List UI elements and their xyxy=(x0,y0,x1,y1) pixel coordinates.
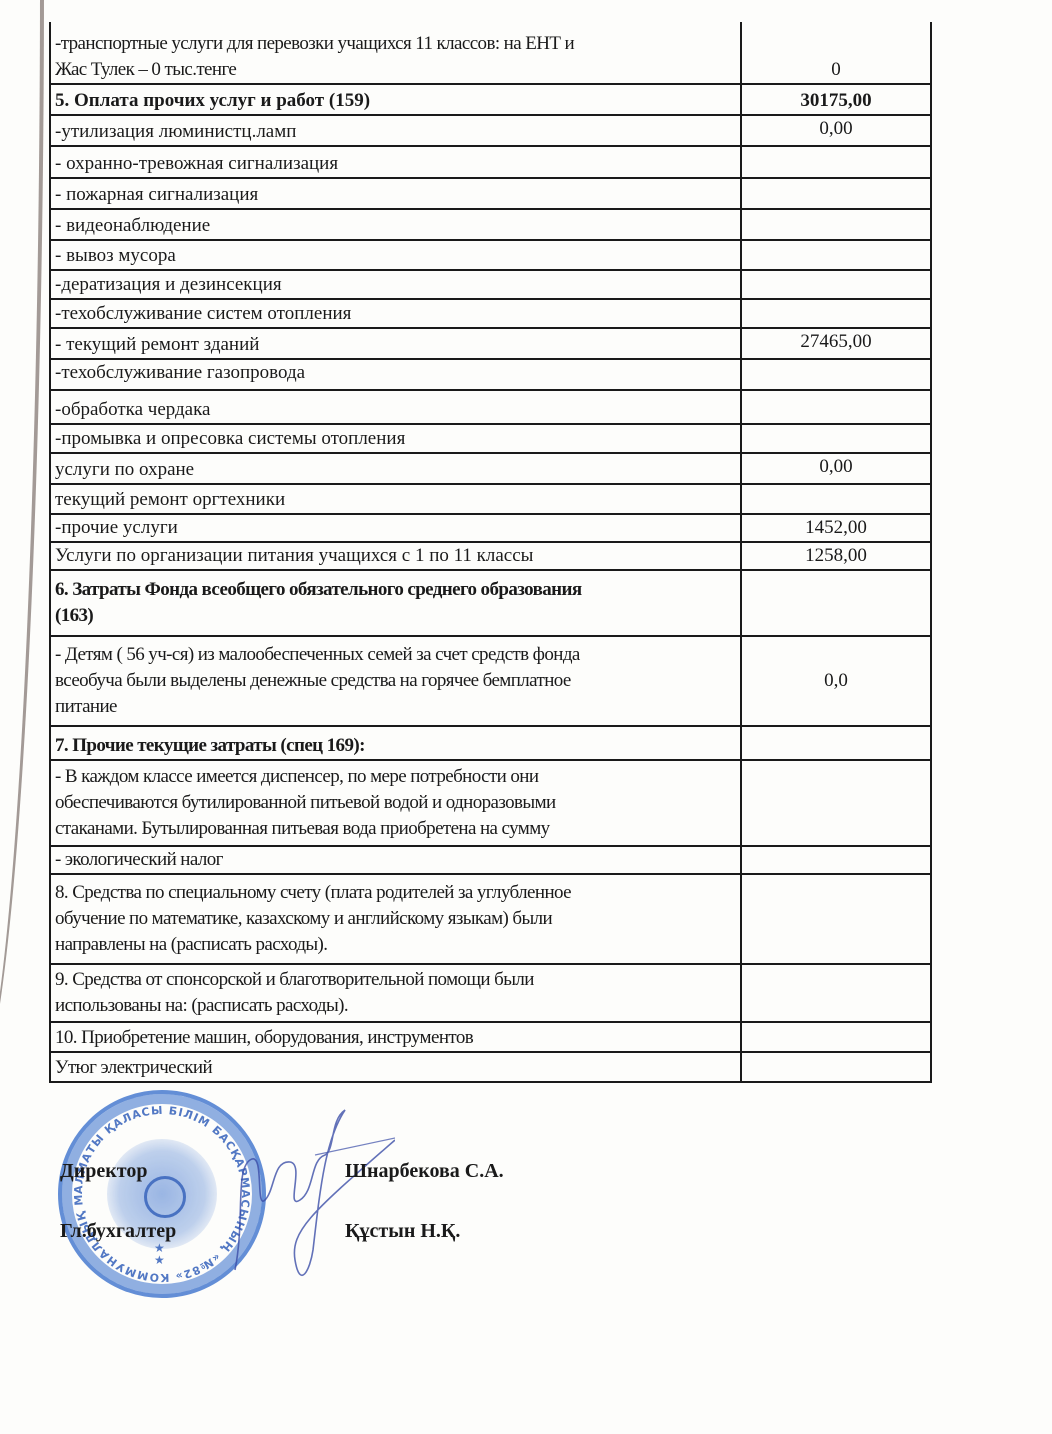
table-row: -дератизация и дезинсекция xyxy=(50,270,931,299)
row-description: - Детям ( 56 уч-ся) из малообеспеченных … xyxy=(50,636,741,726)
table-row: -утилизация люминистц.ламп 0,00 xyxy=(50,115,931,146)
row-value xyxy=(741,1052,931,1082)
table-row: текущий ремонт оргтехники xyxy=(50,484,931,514)
row-description: -промывка и опресовка системы отопления xyxy=(50,424,741,453)
row-description: -техобслуживание газопровода xyxy=(50,359,741,390)
row-value xyxy=(741,359,931,390)
table-row: - текущий ремонт зданий 27465,00 xyxy=(50,328,931,359)
row-description: услуги по охране xyxy=(50,453,741,484)
table-row: - В каждом классе имеется диспенсер, по … xyxy=(50,760,931,846)
row-value xyxy=(741,299,931,328)
row-value xyxy=(741,178,931,209)
table-row: -прочие услуги 1452,00 xyxy=(50,514,931,542)
row-description: -обработка чердака xyxy=(50,390,741,424)
section-title: 7. Прочие текущие затраты (спец 169): xyxy=(50,726,741,760)
row-description: - охранно-тревожная сигнализация xyxy=(50,146,741,178)
section-total: 30175,00 xyxy=(741,84,931,115)
row-text-line: 8. Средства по специальному счету (плата… xyxy=(55,880,736,906)
row-value xyxy=(741,484,931,514)
row-value xyxy=(741,390,931,424)
row-text-line: Жас Тулек – 0 тыс.тенге xyxy=(55,57,736,83)
row-description: - В каждом классе имеется диспенсер, по … xyxy=(50,760,741,846)
director-role: Директор xyxy=(60,1160,220,1183)
director-name: Шнарбекова С.А. xyxy=(345,1160,504,1183)
row-description: -техобслуживание систем отопления xyxy=(50,299,741,328)
table-row: 9. Средства от спонсорской и благотворит… xyxy=(50,964,931,1022)
table-row: услуги по охране 0,00 xyxy=(50,453,931,484)
table-row: Утюг электрический xyxy=(50,1052,931,1082)
table-row: -транспортные услуги для перевозки учащи… xyxy=(50,22,931,84)
expense-report-table: -транспортные услуги для перевозки учащи… xyxy=(49,22,932,1083)
table-row: -обработка чердака xyxy=(50,390,931,424)
row-value xyxy=(741,240,931,270)
table-row: - пожарная сигнализация xyxy=(50,178,931,209)
row-text-line: обеспечиваются бутилированной питьевой в… xyxy=(55,790,736,816)
row-description: - экологический налог xyxy=(50,846,741,874)
table-row: - охранно-тревожная сигнализация xyxy=(50,146,931,178)
row-description: текущий ремонт оргтехники xyxy=(50,484,741,514)
row-text-line: направлены на (расписать расходы). xyxy=(55,932,736,958)
row-text-line: питание xyxy=(55,694,736,720)
row-value xyxy=(741,1022,931,1052)
row-description: 10. Приобретение машин, оборудования, ин… xyxy=(50,1022,741,1052)
section-title: 5. Оплата прочих услуг и работ (159) xyxy=(50,84,741,115)
table-row: -техобслуживание систем отопления xyxy=(50,299,931,328)
row-description: - видеонаблюдение xyxy=(50,209,741,240)
row-value xyxy=(741,209,931,240)
row-description: -утилизация люминистц.ламп xyxy=(50,115,741,146)
section-title: 6. Затраты Фонда всеобщего обязательного… xyxy=(50,570,741,636)
table-row: - экологический налог xyxy=(50,846,931,874)
row-text-line: использованы на: (расписать расходы). xyxy=(55,993,736,1019)
section-total xyxy=(741,570,931,636)
row-value xyxy=(741,964,931,1022)
table-row: 8. Средства по специальному счету (плата… xyxy=(50,874,931,964)
paper-edge-shadow xyxy=(0,0,44,1100)
row-value xyxy=(741,424,931,453)
row-value: 1258,00 xyxy=(741,542,931,570)
row-value xyxy=(741,874,931,964)
row-text-line: обучение по математике, казахскому и анг… xyxy=(55,906,736,932)
row-value xyxy=(741,846,931,874)
row-description: 9. Средства от спонсорской и благотворит… xyxy=(50,964,741,1022)
row-description: -дератизация и дезинсекция xyxy=(50,270,741,299)
row-description: - пожарная сигнализация xyxy=(50,178,741,209)
row-description: 8. Средства по специальному счету (плата… xyxy=(50,874,741,964)
row-text-line: (163) xyxy=(55,603,736,629)
row-value: 0,0 xyxy=(741,636,931,726)
row-value: 1452,00 xyxy=(741,514,931,542)
row-text-line: -транспортные услуги для перевозки учащи… xyxy=(55,31,736,57)
row-value: 0 xyxy=(741,22,931,84)
row-description: Утюг электрический xyxy=(50,1052,741,1082)
table-row: - Детям ( 56 уч-ся) из малообеспеченных … xyxy=(50,636,931,726)
signature-block: Директор Шнарбекова С.А. Гл.бухгалтер Құ… xyxy=(60,1150,660,1270)
row-value xyxy=(741,146,931,178)
row-value: 0,00 xyxy=(741,115,931,146)
accountant-name: Құстын Н.Қ. xyxy=(345,1220,460,1243)
table-row: 10. Приобретение машин, оборудования, ин… xyxy=(50,1022,931,1052)
section-header-row: 6. Затраты Фонда всеобщего обязательного… xyxy=(50,570,931,636)
row-value xyxy=(741,270,931,299)
table-row: -техобслуживание газопровода xyxy=(50,359,931,390)
section-total xyxy=(741,726,931,760)
table-row: -промывка и опресовка системы отопления xyxy=(50,424,931,453)
table-row: - видеонаблюдение xyxy=(50,209,931,240)
row-text-line: всеобуча были выделены денежные средства… xyxy=(55,668,736,694)
table-row: - вывоз мусора xyxy=(50,240,931,270)
row-text-line: 6. Затраты Фонда всеобщего обязательного… xyxy=(55,577,736,603)
row-description: Услуги по организации питания учащихся с… xyxy=(50,542,741,570)
row-description: - вывоз мусора xyxy=(50,240,741,270)
accountant-role: Гл.бухгалтер xyxy=(60,1220,220,1243)
section-header-row: 7. Прочие текущие затраты (спец 169): xyxy=(50,726,931,760)
row-description: -транспортные услуги для перевозки учащи… xyxy=(50,22,741,84)
row-text-line: 9. Средства от спонсорской и благотворит… xyxy=(55,967,736,993)
row-description: -прочие услуги xyxy=(50,514,741,542)
row-value xyxy=(741,760,931,846)
row-value: 0,00 xyxy=(741,453,931,484)
row-text-line: стаканами. Бутылированная питьевая вода … xyxy=(55,816,736,842)
table-row: Услуги по организации питания учащихся с… xyxy=(50,542,931,570)
row-text-line: - В каждом классе имеется диспенсер, по … xyxy=(55,764,736,790)
row-text-line: - Детям ( 56 уч-ся) из малообеспеченных … xyxy=(55,642,736,668)
section-header-row: 5. Оплата прочих услуг и работ (159) 301… xyxy=(50,84,931,115)
row-value: 27465,00 xyxy=(741,328,931,359)
row-description: - текущий ремонт зданий xyxy=(50,328,741,359)
